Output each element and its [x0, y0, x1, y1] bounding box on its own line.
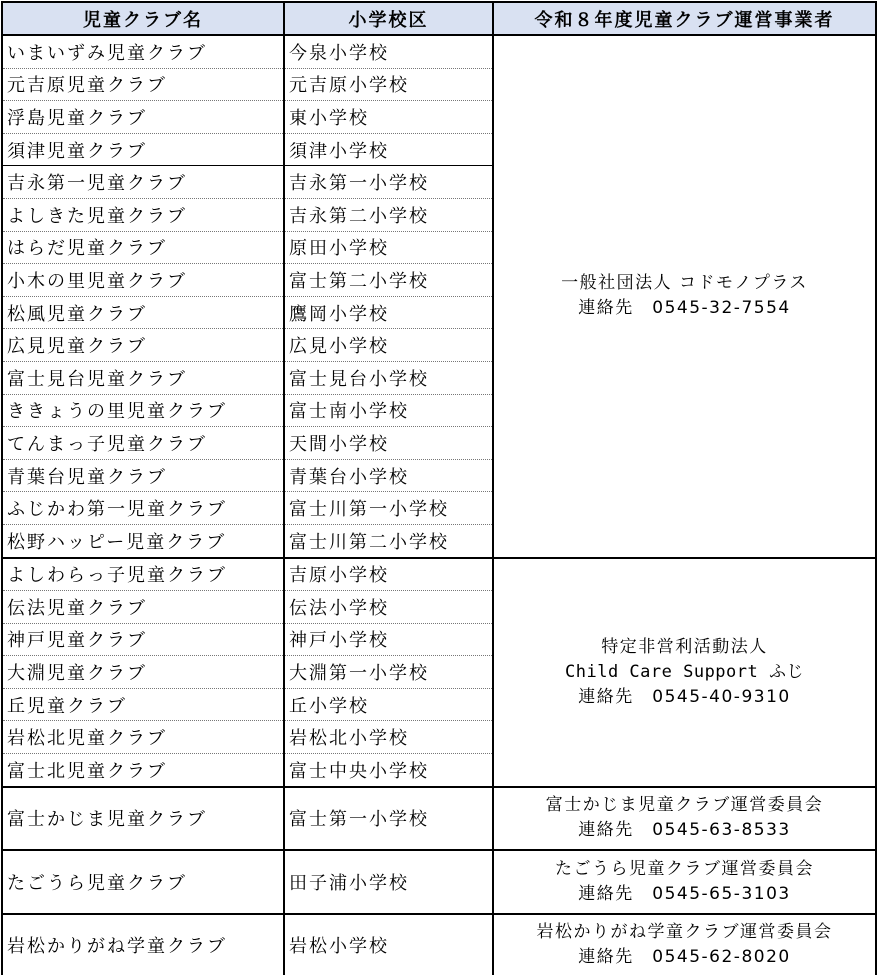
operator-cell: 岩松かりがね学童クラブ運営委員会連絡先 0545-62-8020 — [493, 914, 876, 975]
club-name-cell: 大淵児童クラブ — [2, 656, 284, 689]
club-name-cell: 青葉台児童クラブ — [2, 459, 284, 492]
school-district-cell: 鷹岡小学校 — [284, 296, 493, 329]
school-district-cell: 神戸小学校 — [284, 623, 493, 656]
club-name-cell: 元吉原児童クラブ — [2, 68, 284, 101]
school-district-cell: 富士川第二小学校 — [284, 524, 493, 557]
operator-cell: たごうら児童クラブ運営委員会連絡先 0545-65-3103 — [493, 850, 876, 914]
club-name-cell: 吉永第一児童クラブ — [2, 166, 284, 199]
header-row: 児童クラブ名 小学校区 令和８年度児童クラブ運営事業者 — [2, 2, 876, 35]
operator-cell: 特定非営利活動法人Child Care Support ふじ連絡先 0545-4… — [493, 558, 876, 787]
operator-cell: 一般社団法人 コドモノプラス連絡先 0545-32-7554 — [493, 35, 876, 558]
club-name-cell: てんまっ子児童クラブ — [2, 427, 284, 460]
operator-cell: 富士かじま児童クラブ運営委員会連絡先 0545-63-8533 — [493, 787, 876, 851]
club-name-cell: 伝法児童クラブ — [2, 591, 284, 624]
school-district-cell: 青葉台小学校 — [284, 459, 493, 492]
school-district-cell: 富士南小学校 — [284, 394, 493, 427]
header-school-district: 小学校区 — [284, 2, 493, 35]
school-district-cell: 岩松小学校 — [284, 914, 493, 975]
operator-name: Child Care Support ふじ — [494, 660, 875, 685]
school-district-cell: 吉永第一小学校 — [284, 166, 493, 199]
school-district-cell: 東小学校 — [284, 101, 493, 134]
header-operator: 令和８年度児童クラブ運営事業者 — [493, 2, 876, 35]
school-district-cell: 須津小学校 — [284, 133, 493, 166]
school-district-cell: 原田小学校 — [284, 231, 493, 264]
club-name-cell: ふじかわ第一児童クラブ — [2, 492, 284, 525]
school-district-cell: 吉原小学校 — [284, 558, 493, 591]
operator-contact: 連絡先 0545-32-7554 — [494, 296, 875, 321]
club-name-cell: いまいずみ児童クラブ — [2, 35, 284, 68]
club-name-cell: 富士かじま児童クラブ — [2, 787, 284, 851]
table-row: よしわらっ子児童クラブ吉原小学校特定非営利活動法人Child Care Supp… — [2, 558, 876, 591]
club-name-cell: 須津児童クラブ — [2, 133, 284, 166]
club-name-cell: 浮島児童クラブ — [2, 101, 284, 134]
school-district-cell: 天間小学校 — [284, 427, 493, 460]
operator-name: 特定非営利活動法人 — [494, 635, 875, 660]
school-district-cell: 伝法小学校 — [284, 591, 493, 624]
operator-name: たごうら児童クラブ運営委員会 — [494, 857, 875, 882]
school-district-cell: 富士中央小学校 — [284, 754, 493, 787]
school-district-cell: 元吉原小学校 — [284, 68, 493, 101]
table-row: いまいずみ児童クラブ今泉小学校一般社団法人 コドモノプラス連絡先 0545-32… — [2, 35, 876, 68]
table-row: たごうら児童クラブ田子浦小学校たごうら児童クラブ運営委員会連絡先 0545-65… — [2, 850, 876, 914]
school-district-cell: 富士見台小学校 — [284, 361, 493, 394]
table-row: 岩松かりがね学童クラブ岩松小学校岩松かりがね学童クラブ運営委員会連絡先 0545… — [2, 914, 876, 975]
club-name-cell: 松風児童クラブ — [2, 296, 284, 329]
club-name-cell: 富士北児童クラブ — [2, 754, 284, 787]
header-club-name: 児童クラブ名 — [2, 2, 284, 35]
club-name-cell: たごうら児童クラブ — [2, 850, 284, 914]
school-district-cell: 広見小学校 — [284, 329, 493, 362]
operator-name: 一般社団法人 コドモノプラス — [494, 271, 875, 296]
operator-contact: 連絡先 0545-40-9310 — [494, 685, 875, 710]
school-district-cell: 大淵第一小学校 — [284, 656, 493, 689]
club-name-cell: よしわらっ子児童クラブ — [2, 558, 284, 591]
club-name-cell: 神戸児童クラブ — [2, 623, 284, 656]
club-name-cell: よしきた児童クラブ — [2, 198, 284, 231]
operator-name: 岩松かりがね学童クラブ運営委員会 — [494, 920, 875, 945]
school-district-cell: 吉永第二小学校 — [284, 198, 493, 231]
school-district-cell: 富士第二小学校 — [284, 264, 493, 297]
table-row: 富士かじま児童クラブ富士第一小学校富士かじま児童クラブ運営委員会連絡先 0545… — [2, 787, 876, 851]
operator-name: 富士かじま児童クラブ運営委員会 — [494, 793, 875, 818]
school-district-cell: 丘小学校 — [284, 688, 493, 721]
school-district-cell: 富士川第一小学校 — [284, 492, 493, 525]
club-name-cell: 小木の里児童クラブ — [2, 264, 284, 297]
children-club-table: 児童クラブ名 小学校区 令和８年度児童クラブ運営事業者 いまいずみ児童クラブ今泉… — [1, 1, 877, 975]
school-district-cell: 今泉小学校 — [284, 35, 493, 68]
club-name-cell: 丘児童クラブ — [2, 688, 284, 721]
operator-contact: 連絡先 0545-63-8533 — [494, 818, 875, 843]
school-district-cell: 富士第一小学校 — [284, 787, 493, 851]
table-body: いまいずみ児童クラブ今泉小学校一般社団法人 コドモノプラス連絡先 0545-32… — [2, 35, 876, 975]
operator-contact: 連絡先 0545-65-3103 — [494, 882, 875, 907]
club-name-cell: 岩松かりがね学童クラブ — [2, 914, 284, 975]
club-name-cell: ききょうの里児童クラブ — [2, 394, 284, 427]
school-district-cell: 岩松北小学校 — [284, 721, 493, 754]
club-name-cell: 松野ハッピー児童クラブ — [2, 524, 284, 557]
school-district-cell: 田子浦小学校 — [284, 850, 493, 914]
club-name-cell: 岩松北児童クラブ — [2, 721, 284, 754]
club-name-cell: はらだ児童クラブ — [2, 231, 284, 264]
club-name-cell: 富士見台児童クラブ — [2, 361, 284, 394]
operator-contact: 連絡先 0545-62-8020 — [494, 945, 875, 970]
club-name-cell: 広見児童クラブ — [2, 329, 284, 362]
